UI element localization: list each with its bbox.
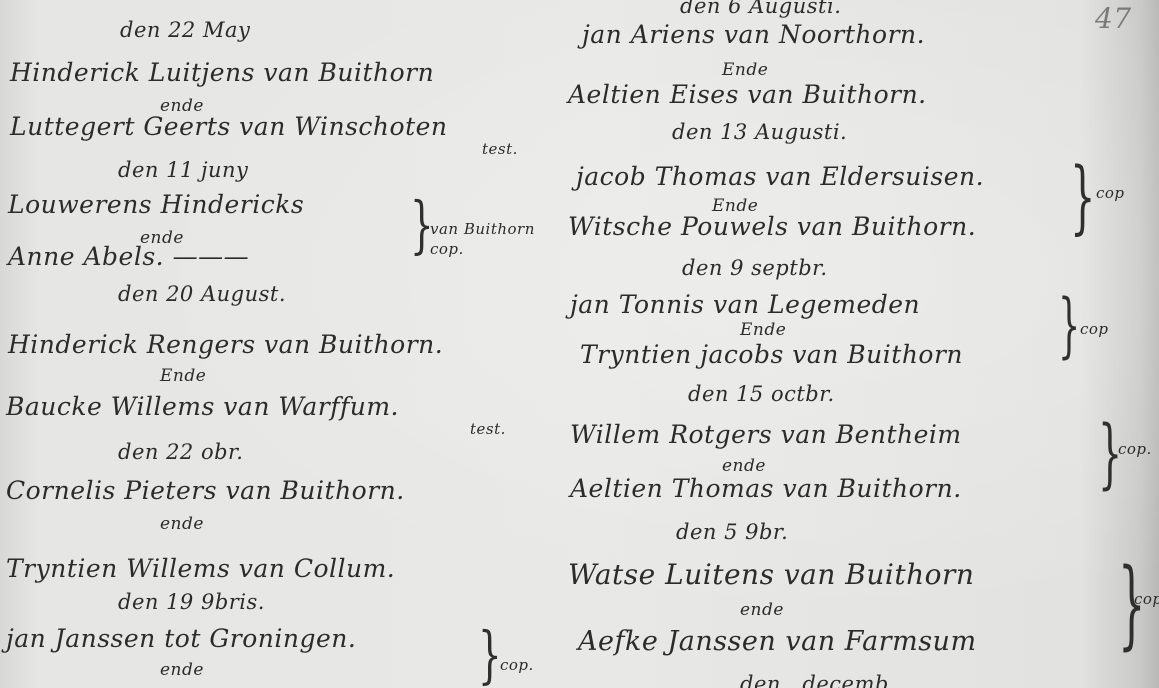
bracket-icon: }: [1058, 284, 1080, 366]
margin-note: cop.: [1134, 590, 1159, 608]
bride-name: Baucke Willems van Warffum.: [6, 392, 399, 421]
groom-name: Hinderick Luitjens van Buithorn: [10, 58, 434, 87]
bride-name: Anne Abels. ———: [8, 242, 249, 271]
margin-note: cop.: [430, 240, 464, 258]
bride-name: Tryntien jacobs van Buithorn: [580, 340, 963, 369]
groom-name: Willem Rotgers van Bentheim: [570, 420, 962, 449]
margin-note: cop.: [1118, 440, 1152, 458]
margin-note: test.: [482, 140, 518, 158]
conjunction: Ende: [740, 320, 786, 340]
page-number: 47: [1095, 2, 1132, 35]
groom-name: Cornelis Pieters van Buithorn.: [6, 476, 405, 505]
groom-name: jacob Thomas van Eldersuisen.: [576, 162, 984, 191]
bride-name: Aefke Janssen van Farmsum: [578, 626, 977, 657]
conjunction: ende: [160, 514, 204, 534]
conjunction: ende: [740, 600, 784, 620]
margin-note: test.: [470, 420, 506, 438]
register-page: 47 den 22 May Hinderick Luitjens van Bui…: [0, 0, 1159, 688]
conjunction: ende: [160, 660, 204, 680]
entry-date: den . decemb.: [740, 672, 896, 688]
place-note: van Buithorn: [430, 220, 535, 238]
entry-date: den 15 octbr.: [688, 382, 835, 406]
bride-name: Witsche Pouwels van Buithorn.: [568, 212, 976, 241]
margin-note: cop: [1080, 320, 1109, 338]
conjunction: ende: [722, 456, 766, 476]
groom-name: jan Tonnis van Legemeden: [570, 290, 920, 319]
entry-date: den 22 May: [120, 18, 250, 42]
entry-date: den 22 obr.: [118, 440, 243, 464]
entry-date: den 5 9br.: [676, 520, 788, 544]
bride-name: Aeltien Thomas van Buithorn.: [570, 474, 962, 503]
bracket-icon: }: [1070, 150, 1095, 243]
conjunction: Ende: [160, 366, 206, 386]
entry-date: den 19 9bris.: [118, 590, 265, 614]
conjunction: Ende: [722, 60, 768, 80]
entry-date: den 9 septbr.: [682, 256, 828, 280]
entry-date: den 13 Augusti.: [672, 120, 847, 144]
bride-name: Luttegert Geerts van Winschoten: [10, 112, 448, 141]
groom-name: Hinderick Rengers van Buithorn.: [8, 330, 443, 359]
groom-name: jan Janssen tot Groningen.: [6, 624, 356, 653]
bride-name: Tryntien Willems van Collum.: [6, 554, 395, 583]
bride-name: Aeltien Eises van Buithorn.: [568, 80, 927, 109]
bracket-icon: }: [478, 618, 502, 688]
margin-note: cop: [1096, 184, 1125, 202]
entry-date: den 11 juny: [118, 158, 248, 182]
groom-name: jan Ariens van Noorthorn.: [582, 20, 925, 49]
groom-name: Louwerens Hindericks: [8, 190, 304, 219]
entry-date: den 20 August.: [118, 282, 286, 306]
margin-note: cop.: [500, 656, 534, 674]
groom-name: Watse Luitens van Buithorn: [568, 558, 974, 591]
entry-date: den 6 Augusti.: [680, 0, 841, 18]
